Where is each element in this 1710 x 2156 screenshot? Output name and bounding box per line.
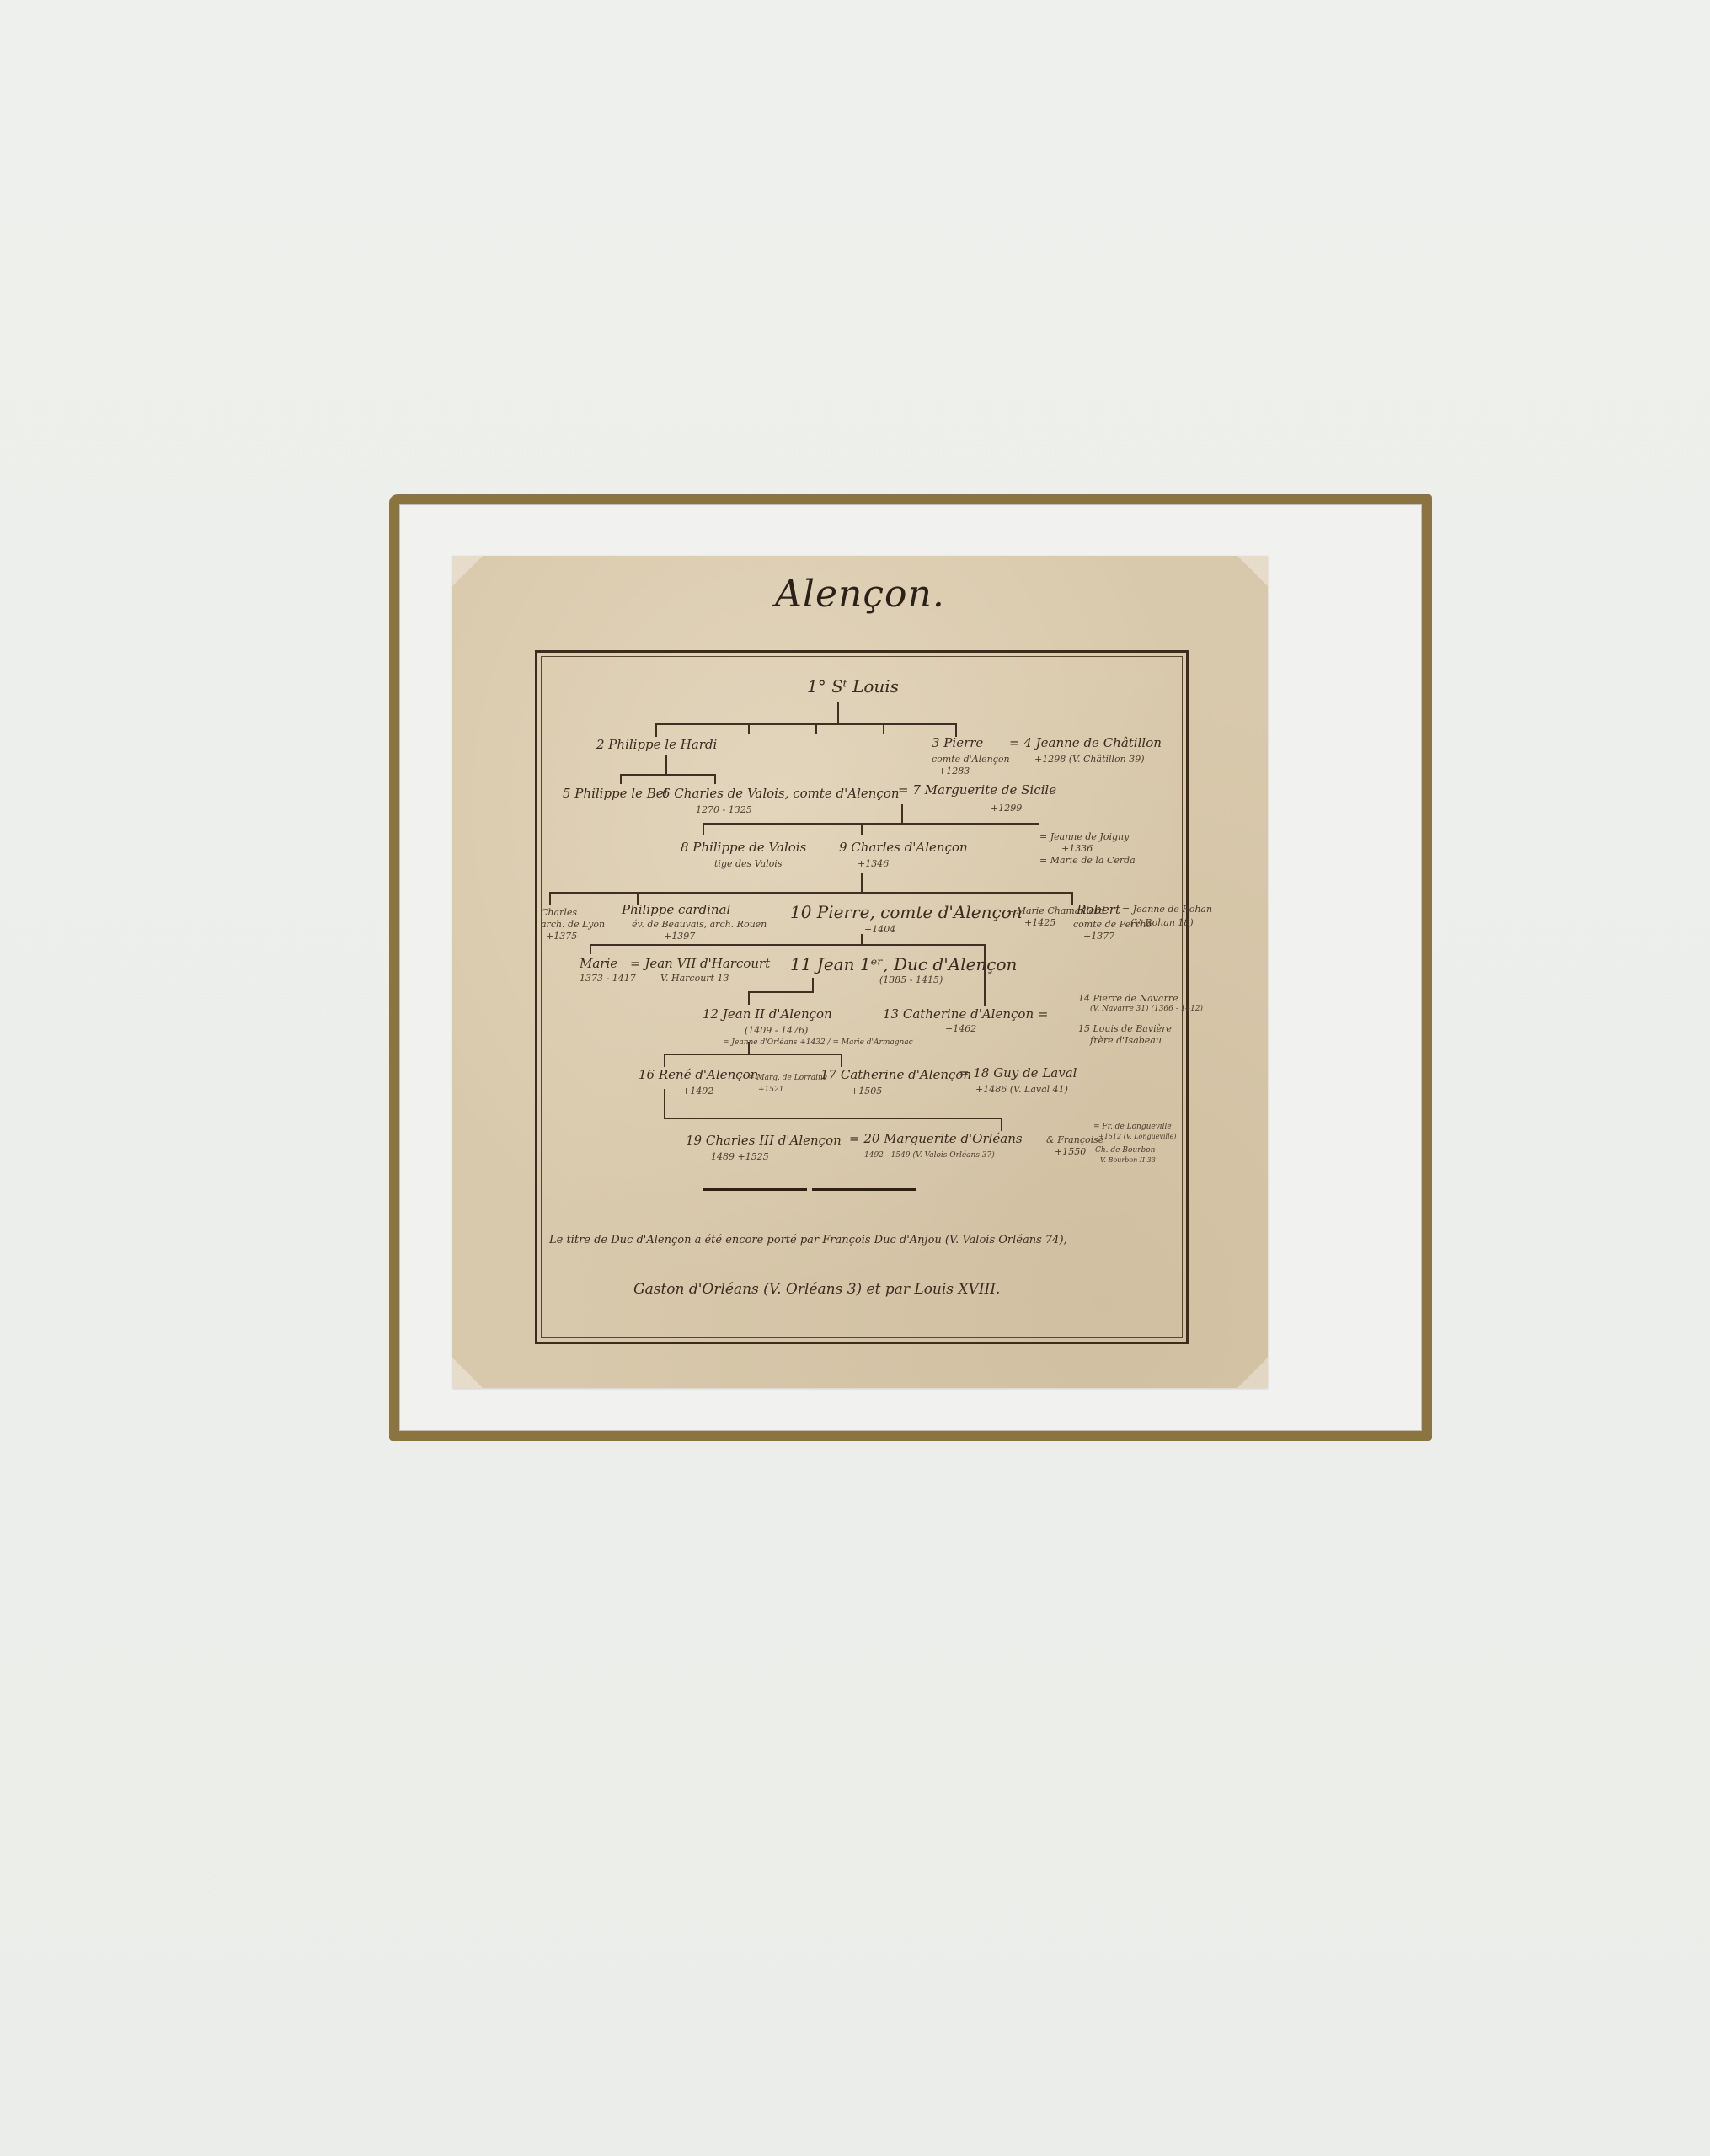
- genealogy-frame: 1° Sᵗ Louis 2 Philippe le Hardi 3 Pierre…: [535, 650, 1189, 1344]
- connector: [664, 1089, 665, 1118]
- person-pierre-comte: 10 Pierre, comte d'Alençon: [790, 902, 1023, 922]
- spouse-marie-chamaillard: = Marie Chamaillard: [1006, 905, 1105, 916]
- person-robert-note: comte de Perche: [1073, 919, 1152, 930]
- connector: [664, 1054, 841, 1055]
- person-robert-death: +1377: [1083, 931, 1114, 942]
- connector: [620, 774, 714, 776]
- person-marguerite-orleans: = 20 Marguerite d'Orléans: [849, 1131, 1023, 1146]
- person-charles-lyon: Charles: [541, 907, 577, 918]
- person-catherine: 13 Catherine d'Alençon =: [883, 1006, 1048, 1022]
- divider-rule: [703, 1188, 807, 1191]
- person-guy-laval: = 18 Guy de Laval: [959, 1065, 1077, 1081]
- spouse-louis-baviere-note: frère d'Isabeau: [1090, 1035, 1162, 1046]
- person-philippe-hardi: 2 Philippe le Hardi: [596, 737, 717, 752]
- connector: [590, 944, 984, 946]
- spouse-pierre-navarre: 14 Pierre de Navarre: [1078, 993, 1178, 1004]
- person-charles-lyon-death: +1375: [546, 931, 577, 942]
- tree-root: 1° Sᵗ Louis: [807, 676, 899, 696]
- divider-rule: [812, 1188, 916, 1191]
- person-philippe-cardinal: Philippe cardinal: [622, 902, 730, 917]
- connector: [664, 1054, 665, 1067]
- person-philippe-valois: 8 Philippe de Valois: [681, 840, 806, 855]
- footnote-line-2: Gaston d'Orléans (V. Orléans 3) et par L…: [633, 1281, 1000, 1298]
- person-marguerite-orleans-dates: 1492 - 1549 (V. Valois Orléans 37): [864, 1151, 995, 1160]
- person-pierre: 3 Pierre: [932, 735, 983, 750]
- person-charles-lyon-note: arch. de Lyon: [541, 919, 605, 930]
- spouse-bourbon: Ch. de Bourbon: [1095, 1146, 1155, 1155]
- spouse-marie-chamaillard-death: +1425: [1024, 917, 1055, 928]
- connector: [703, 823, 704, 835]
- connector: [837, 702, 839, 723]
- connector: [590, 944, 591, 954]
- spouse-pierre-navarre-note: (V. Navarre 31) (1366 - 1412): [1090, 1005, 1203, 1013]
- connector: [812, 978, 814, 991]
- connector: [664, 1118, 1001, 1119]
- connector: [620, 774, 622, 784]
- person-marguerite-death: +1299: [991, 803, 1022, 814]
- person-jean-1er-dates: (1385 - 1415): [879, 974, 943, 985]
- connector: [861, 823, 863, 835]
- spouse-jeanne-rohan-note: (V. Rohan 18): [1130, 917, 1194, 928]
- spouse-longueville-note: +1512 (V. Longueville): [1098, 1133, 1177, 1140]
- manuscript-sheet: Alençon. 1° Sᵗ Louis 2 Philippe le Hardi…: [452, 556, 1268, 1388]
- connector: [1001, 1118, 1002, 1131]
- spouse-bourbon-note: V. Bourbon II 33: [1100, 1156, 1156, 1164]
- person-charles-valois: 6 Charles de Valois, comte d'Alençon: [662, 786, 900, 801]
- person-marie: Marie: [580, 956, 617, 971]
- person-jean-1er: 11 Jean 1ᵉʳ, Duc d'Alençon: [790, 954, 1017, 974]
- footnote-line-1: Le titre de Duc d'Alençon a été encore p…: [549, 1234, 1067, 1246]
- person-philippe-cardinal-note: év. de Beauvais, arch. Rouen: [632, 919, 767, 930]
- person-charles-alencon-death: +1346: [858, 858, 889, 869]
- person-pierre-death: +1283: [938, 766, 970, 776]
- person-francoise-death: +1550: [1055, 1146, 1086, 1157]
- person-charles-iii-dates: 1489 +1525: [711, 1151, 769, 1162]
- connector: [655, 723, 657, 737]
- connector: [883, 723, 884, 734]
- person-philippe-cardinal-death: +1397: [664, 931, 695, 942]
- person-charles-iii: 19 Charles III d'Alençon: [686, 1133, 842, 1148]
- person-catherine-17: 17 Catherine d'Alençon: [820, 1067, 971, 1082]
- connector: [955, 723, 957, 737]
- person-rene: 16 René d'Alençon: [639, 1067, 758, 1082]
- corner-mount: [452, 1358, 483, 1388]
- connector: [748, 723, 750, 734]
- person-philippe-valois-note: tige des Valois: [714, 858, 782, 869]
- person-charles-valois-dates: 1270 - 1325: [696, 804, 752, 815]
- person-francoise: & Françoise: [1046, 1134, 1103, 1145]
- connector: [637, 892, 639, 905]
- connector: [549, 892, 551, 905]
- person-catherine-death: +1462: [945, 1023, 976, 1034]
- spouse-longueville: = Fr. de Longueville: [1093, 1123, 1172, 1131]
- person-philippe-bel: 5 Philippe le Bel: [563, 786, 667, 801]
- person-rene-death: +1492: [682, 1086, 713, 1097]
- spouse-marie-cerda: = Marie de la Cerda: [1039, 855, 1136, 866]
- spouse-marg-lorraine: = Marg. de Lorraine: [748, 1074, 827, 1082]
- person-jeanne-note: +1298 (V. Châtillon 39): [1034, 754, 1145, 765]
- spouse-louis-baviere: 15 Louis de Bavière: [1078, 1023, 1172, 1034]
- connector: [984, 944, 986, 1006]
- person-jeanne-chatillon: = 4 Jeanne de Châtillon: [1009, 735, 1162, 750]
- person-marie-dates: 1373 - 1417: [580, 973, 636, 984]
- connector: [665, 755, 667, 774]
- connector: [901, 804, 903, 823]
- spouse-jean-harcourt: = Jean VII d'Harcourt: [630, 956, 770, 971]
- corner-mount: [1237, 1358, 1268, 1388]
- spouse-jeanne-joigny: = Jeanne de Joigny: [1039, 831, 1129, 842]
- person-marguerite-sicile: = 7 Marguerite de Sicile: [898, 782, 1056, 798]
- connector: [841, 1054, 842, 1067]
- person-charles-alencon: 9 Charles d'Alençon: [839, 840, 968, 855]
- person-jean-ii: 12 Jean II d'Alençon: [703, 1006, 832, 1022]
- connector: [549, 892, 1071, 894]
- connector: [748, 1042, 750, 1054]
- person-pierre-note: comte d'Alençon: [932, 754, 1010, 765]
- person-pierre-comte-death: +1404: [864, 924, 895, 935]
- connector: [714, 774, 716, 784]
- person-jean-ii-dates: (1409 - 1476): [745, 1025, 808, 1036]
- connector: [655, 723, 955, 725]
- spouse-marg-lorraine-death: +1521: [758, 1086, 783, 1094]
- spouses-jean-ii: = Jeanne d'Orléans +1432 / = Marie d'Arm…: [723, 1038, 913, 1047]
- connector: [748, 991, 750, 1005]
- spouse-jean-harcourt-note: V. Harcourt 13: [660, 973, 729, 984]
- spouse-jeanne-joigny-death: +1336: [1061, 843, 1093, 854]
- person-guy-laval-note: +1486 (V. Laval 41): [975, 1084, 1068, 1095]
- connector: [1071, 892, 1073, 905]
- connector: [815, 723, 817, 734]
- connector: [703, 823, 1039, 825]
- spouse-jeanne-rohan: = Jeanne de Rohan: [1122, 904, 1212, 915]
- connector: [861, 934, 863, 944]
- connector: [861, 873, 863, 892]
- person-catherine-17-death: +1505: [851, 1086, 882, 1097]
- connector: [748, 991, 814, 993]
- person-robert: Robert: [1077, 902, 1120, 917]
- document-title: Alençon.: [452, 573, 1268, 616]
